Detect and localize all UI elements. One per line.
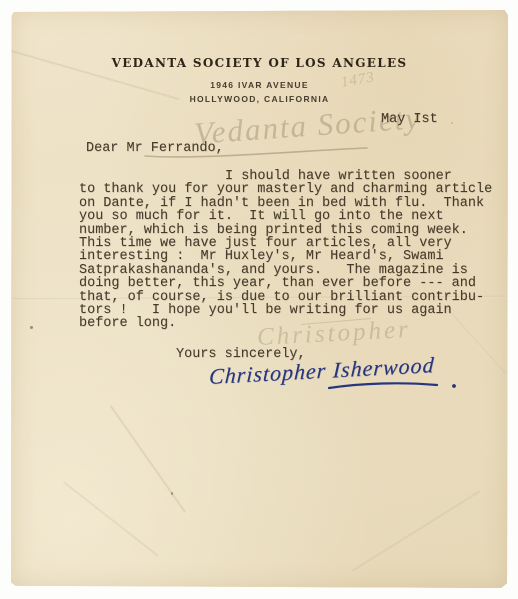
- body-line: tors ! I hope you'll be writing for us a…: [79, 304, 492, 317]
- body-line: that, of course, is due to our brilliant…: [79, 291, 492, 304]
- body-line: interesting : Mr Huxley's, Mr Heard's, S…: [79, 250, 492, 263]
- letter-date: May Ist: [381, 112, 438, 127]
- paper-crease: [352, 490, 480, 571]
- body-line: number, which is being printed this comi…: [79, 224, 492, 237]
- body-line: I should have written sooner: [79, 170, 492, 183]
- salutation: Dear Mr Ferrando,: [86, 141, 224, 156]
- letter-body: I should have written sooner to thank yo…: [79, 170, 492, 331]
- org-name: VEDANTA SOCIETY OF LOS ANGELES: [11, 56, 508, 70]
- paper-crease: [63, 481, 158, 556]
- body-line: on Dante, if I hadn't been in bed with f…: [79, 197, 492, 210]
- paper-crease: [0, 46, 180, 100]
- body-line: Satprakashananda's, and yours. The magaz…: [79, 264, 492, 277]
- paper-speck: [171, 492, 173, 495]
- paper-crease: [110, 405, 186, 512]
- org-address-line1: 1946 IVAR AVENUE: [11, 80, 508, 90]
- body-line: to thank you for your masterly and charm…: [79, 183, 492, 196]
- body-line: you so much for it. It will go into the …: [79, 210, 492, 223]
- body-line: doing better, this year, than ever befor…: [79, 277, 492, 290]
- body-line: before long.: [79, 317, 492, 330]
- body-line: This time we have just four articles, al…: [79, 237, 492, 250]
- paper-speck: [30, 326, 33, 329]
- org-address-line2: HOLLYWOOD, CALIFORNIA: [11, 94, 508, 104]
- letter-paper: VEDANTA SOCIETY OF LOS ANGELES 1946 IVAR…: [11, 10, 508, 588]
- paper-speck: [451, 122, 453, 124]
- signature-flourish: [327, 378, 462, 394]
- signature: Christopher Isherwood: [209, 358, 469, 406]
